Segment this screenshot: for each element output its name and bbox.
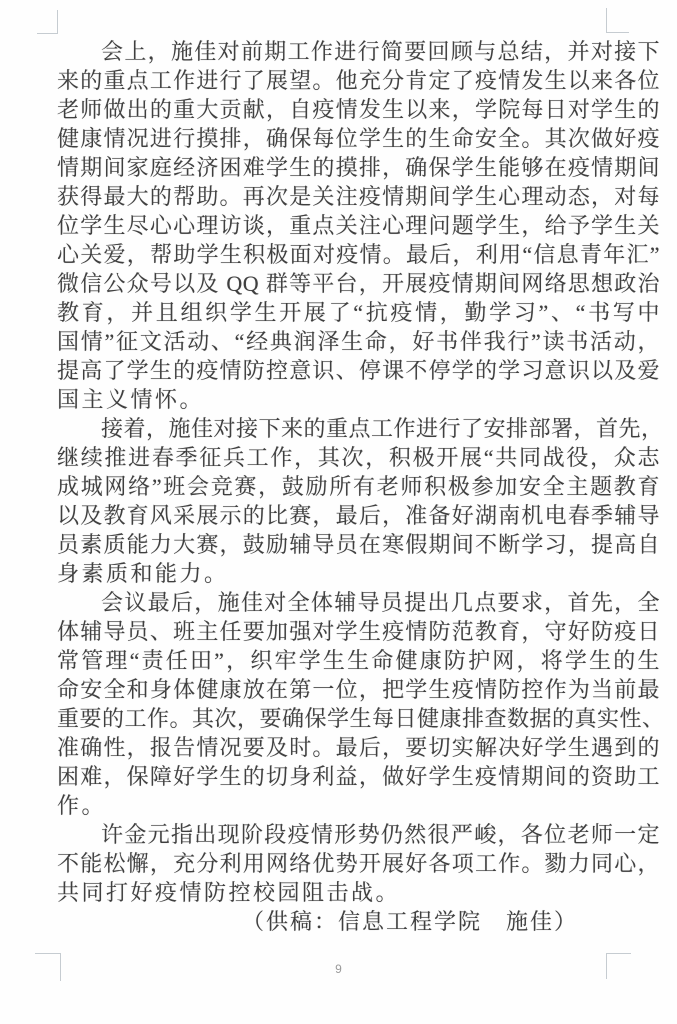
- text-line: 困难，保障好学生的切身利益，做好学生疫情期间的资助工: [57, 762, 660, 791]
- text-line: 员素质能力大赛，鼓励辅导员在寒假期间不断学习，提高自: [57, 530, 660, 559]
- text-line: 常管理“责任田”，织牢学生生命健康防护网，将学生的生: [57, 646, 660, 675]
- text-line: 会上，施佳对前期工作进行简要回顾与总结，并对接下: [57, 37, 660, 66]
- text-line: 微信公众号以及 QQ 群等平台，开展疫情期间网络思想政治: [57, 269, 660, 298]
- text-line: 健康情况进行摸排，确保每位学生的生命安全。其次做好疫: [57, 124, 660, 153]
- paragraph: 会上，施佳对前期工作进行简要回顾与总结，并对接下来的重点工作进行了展望。他充分肯…: [57, 37, 660, 414]
- text-line: 体辅导员、班主任要加强对学生疫情防范教育，守好防疫日: [57, 617, 660, 646]
- paragraph: 会议最后，施佳对全体辅导员提出几点要求，首先，全体辅导员、班主任要加强对学生疫情…: [57, 588, 660, 820]
- text-line: 来的重点工作进行了展望。他充分肯定了疫情发生以来各位: [57, 66, 660, 95]
- margin-mark-top-left-icon: [37, 10, 58, 34]
- text-line: 老师做出的重大贡献，自疫情发生以来，学院每日对学生的: [57, 95, 660, 124]
- text-line: 许金元指出现阶段疫情形势仍然很严峻，各位老师一定: [57, 820, 660, 849]
- text-line: 准确性，报告情况要及时。最后，要切实解决好学生遇到的: [57, 733, 660, 762]
- page-number: 9: [0, 962, 677, 976]
- text-line: 会议最后，施佳对全体辅导员提出几点要求，首先，全: [57, 588, 660, 617]
- text-line: 国主义情怀。: [57, 385, 660, 414]
- text-line: 命安全和身体健康放在第一位，把学生疫情防控作为当前最: [57, 675, 660, 704]
- byline: （供稿：信息工程学院 施佳）: [57, 907, 660, 936]
- paragraphs-container: 会上，施佳对前期工作进行简要回顾与总结，并对接下来的重点工作进行了展望。他充分肯…: [57, 37, 660, 907]
- text-line: 获得最大的帮助。再次是关注疫情期间学生心理动态，对每: [57, 182, 660, 211]
- text-line: 国情”征文活动、“经典润泽生命，好书伴我行”读书活动，: [57, 327, 660, 356]
- text-line: 提高了学生的疫情防控意识、停课不停学的学习意识以及爱: [57, 356, 660, 385]
- text-line: 共同打好疫情防控校园阻击战。: [57, 878, 660, 907]
- text-line: 以及教育风采展示的比赛，最后，准备好湖南机电春季辅导: [57, 501, 660, 530]
- margin-mark-top-right-icon: [606, 8, 629, 33]
- document-page: 会上，施佳对前期工作进行简要回顾与总结，并对接下来的重点工作进行了展望。他充分肯…: [0, 0, 677, 1024]
- text-line: 重要的工作。其次，要确保学生每日健康排查数据的真实性、: [57, 704, 660, 733]
- text-line: 作。: [57, 791, 660, 820]
- paragraph: 接着，施佳对接下来的重点工作进行了安排部署，首先，继续推进春季征兵工作，其次，积…: [57, 414, 660, 588]
- text-line: 继续推进春季征兵工作，其次，积极开展“共同战役，众志: [57, 443, 660, 472]
- text-line: 接着，施佳对接下来的重点工作进行了安排部署，首先，: [57, 414, 660, 443]
- text-line: 位学生尽心心理访谈，重点关注心理问题学生，给予学生关: [57, 211, 660, 240]
- text-line: 教育，并且组织学生开展了“抗疫情，勤学习”、“书写中: [57, 298, 660, 327]
- text-line: 情期间家庭经济困难学生的摸排，确保学生能够在疫情期间: [57, 153, 660, 182]
- text-line: 成城网络”班会竞赛，鼓励所有老师积极参加安全主题教育: [57, 472, 660, 501]
- paragraph: 许金元指出现阶段疫情形势仍然很严峻，各位老师一定不能松懈，充分利用网络优势开展好…: [57, 820, 660, 907]
- document-body: 会上，施佳对前期工作进行简要回顾与总结，并对接下来的重点工作进行了展望。他充分肯…: [57, 37, 660, 936]
- text-line: 不能松懈，充分利用网络优势开展好各项工作。勠力同心，: [57, 849, 660, 878]
- text-line: 身素质和能力。: [57, 559, 660, 588]
- text-line: 心关爱，帮助学生积极面对疫情。最后，利用“信息青年汇”: [57, 240, 660, 269]
